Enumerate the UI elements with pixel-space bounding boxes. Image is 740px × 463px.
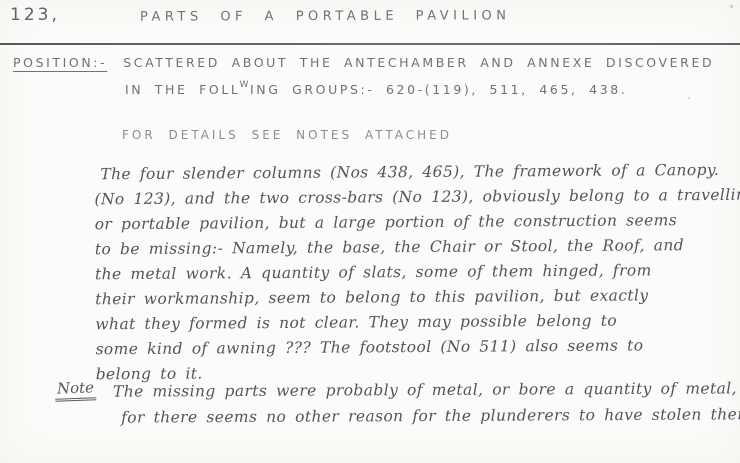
handwritten-body: The four slender columns (Nos 438, 465),… [94, 158, 740, 387]
position-label: POSITION:- [13, 55, 107, 70]
position-line-1: POSITION:-SCATTERED ABOUT THE ANTECHAMBE… [13, 55, 714, 70]
card-number: 123, [10, 5, 60, 25]
page-title: PARTS OF A PORTABLE PAVILION [140, 8, 511, 24]
header-divider-line [0, 43, 740, 45]
position-text-2b: ING GROUPS:- 620-(119), 511, 465, 438. [250, 82, 627, 97]
note-line: for there seems no other reason for the … [113, 401, 740, 430]
note-label: Note [55, 378, 97, 401]
position-text-2a: IN THE FOLL [125, 82, 240, 97]
scan-speck [730, 5, 733, 8]
caret-inserted-letter: W [239, 80, 251, 90]
body-line: some kind of awning ??? The footstool (N… [95, 333, 740, 363]
note-line: The missing parts were probably of metal… [113, 375, 740, 404]
details-note: FOR DETAILS SEE NOTES ATTACHED [122, 128, 452, 142]
position-line-2: IN THE FOLLWING GROUPS:- 620-(119), 511,… [125, 82, 627, 97]
scan-speck [688, 97, 690, 99]
handwritten-note: The missing parts were probably of metal… [113, 375, 740, 430]
record-card: 123, PARTS OF A PORTABLE PAVILION POSITI… [0, 0, 740, 463]
body-line: their workmanship, seem to belong to thi… [95, 283, 740, 313]
position-text-1: SCATTERED ABOUT THE ANTECHAMBER AND ANNE… [123, 55, 714, 70]
